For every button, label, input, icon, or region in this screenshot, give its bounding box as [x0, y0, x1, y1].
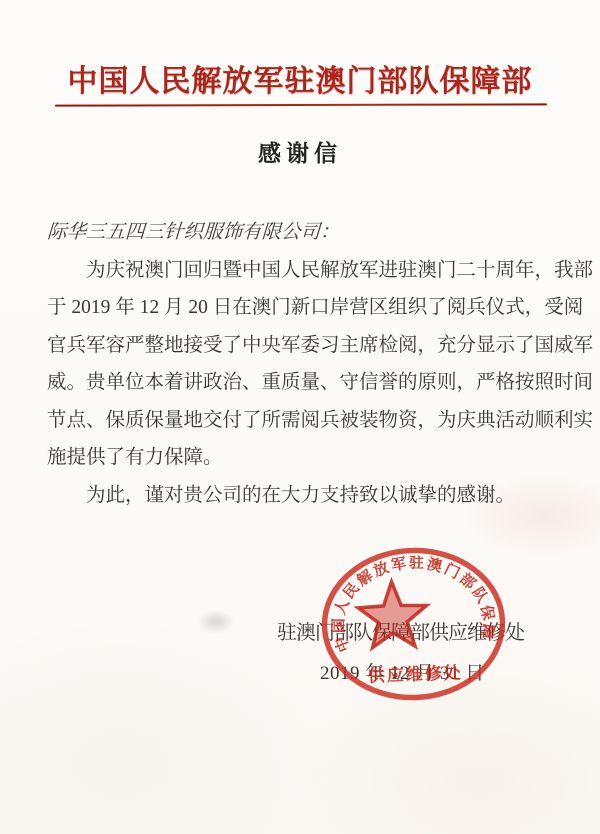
body-line: 施提供了有力保障。: [47, 439, 560, 477]
official-seal: 中国人民解放军驻澳门部队保障部 供应维修处: [314, 538, 514, 711]
salutation-line: 际华三五四三针织服饰有限公司：: [46, 214, 561, 252]
letterhead-org-title: 中国人民解放军驻澳门部队保障部: [0, 56, 600, 100]
letter-body: 际华三五四三针织服饰有限公司： 为庆祝澳门回归暨中国人民解放军进驻澳门二十周年，…: [47, 214, 560, 514]
seal-bottom-text: 供应维修处: [367, 662, 463, 685]
seal-graphic: 中国人民解放军驻澳门部队保障部 供应维修处: [314, 538, 514, 711]
letterhead-rule: [55, 103, 547, 106]
scan-smudge: [198, 610, 234, 634]
closing-line: 为此，谨对贵公司的在大力支持致以诚挚的感谢。: [47, 477, 560, 515]
body-line: 节点、保质保量地交付了所需阅兵被装物资，为庆典活动顺利实: [47, 402, 560, 440]
star-icon: [357, 581, 428, 648]
body-line: 官兵军容严整地接受了中央军委习主席检阅，充分显示了国威军: [47, 327, 560, 365]
document-title: 感谢信: [0, 135, 600, 168]
scanned-letter-page: 中国人民解放军驻澳门部队保障部 感谢信 际华三五四三针织服饰有限公司： 为庆祝澳…: [0, 0, 600, 834]
body-line: 威。贵单位本着讲政治、重质量、守信誉的原则，严格按照时间: [47, 364, 560, 402]
body-line: 于 2019 年 12 月 20 日在澳门新口岸营区组织了阅兵仪式，受阅: [47, 289, 560, 327]
body-line: 为庆祝澳门回归暨中国人民解放军进驻澳门二十周年，我部: [47, 252, 560, 290]
